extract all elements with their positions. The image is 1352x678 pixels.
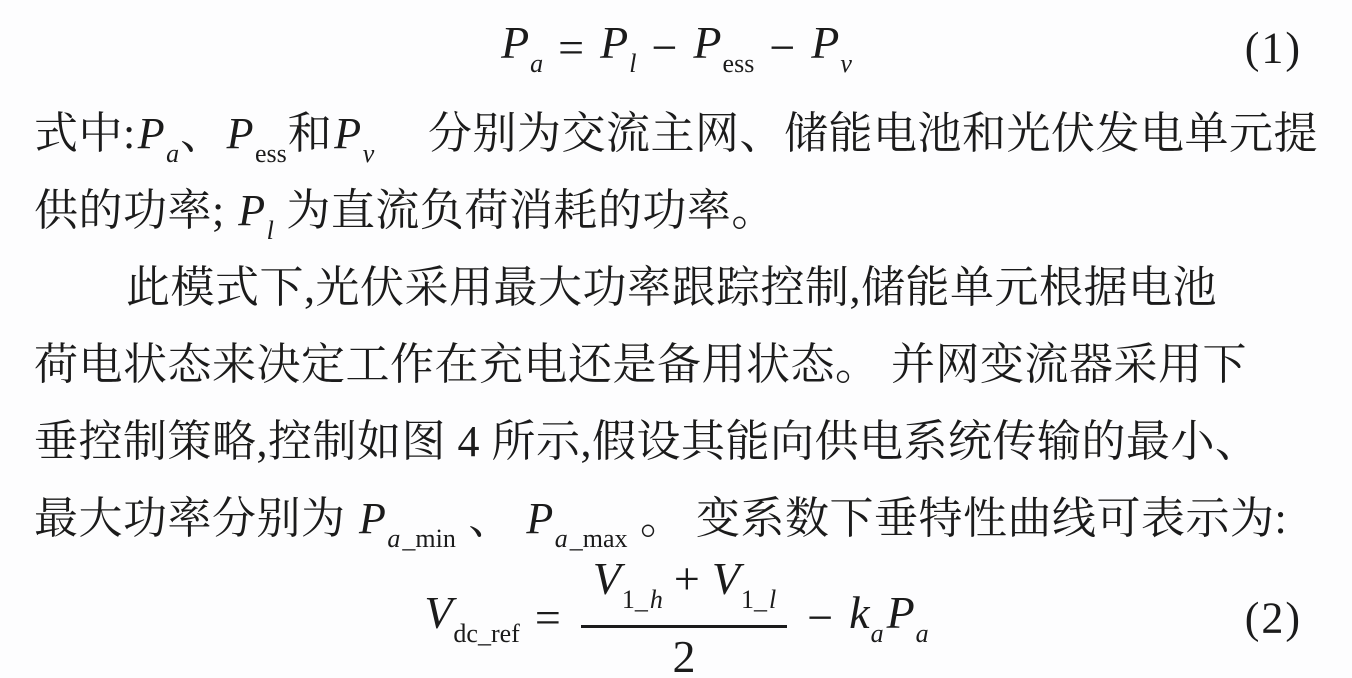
paragraph2-line1: 此模式下,光伏采用最大功率跟踪控制,储能单元根据电池 xyxy=(34,249,1318,326)
math-term-Pa-max: Pa_max xyxy=(524,494,628,543)
equation-1: Pa = Pl − Pess − Pv (1) xyxy=(0,0,1352,95)
paragraph2-line2: 荷电状态来决定工作在充电还是备用状态。 并网变流器采用下 xyxy=(34,326,1318,403)
math-term-Pa: Pa xyxy=(499,16,544,79)
minus-sign: − xyxy=(807,591,833,644)
equation-2-body: Vdc_ref = V1_h + V1_l 2 − ka Pa xyxy=(422,552,929,678)
equals-sign: = xyxy=(558,21,584,74)
text-segment: 。 变系数下垂特性曲线可表示为: xyxy=(640,494,1287,543)
math-term-Pl: Pl xyxy=(598,16,637,79)
equation-2: Vdc_ref = V1_h + V1_l 2 − ka Pa (2) xyxy=(0,557,1352,678)
justify-gap xyxy=(375,95,428,172)
equals-sign: = xyxy=(535,591,561,644)
fraction: V1_h + V1_l 2 xyxy=(581,552,787,678)
minus-sign: − xyxy=(769,21,795,74)
paragraph2-line4: 最大功率分别为 Pa_min 、 Pa_max 。 变系数下垂特性曲线可表示为: xyxy=(34,480,1318,557)
paragraph1-line2: 供的功率; Pl 为直流负荷消耗的功率。 xyxy=(34,172,1318,249)
text-segment: 供的功率; xyxy=(34,186,225,235)
paragraph1-line1: 式中: Pa 、 Pess 和 Pv 分别为交流主网、储能电池和光伏发电单元提 xyxy=(34,95,1318,172)
text-segment: 分别为交流主网、储能电池和光伏发电单元提 xyxy=(428,95,1318,172)
math-term-Pv: Pv xyxy=(332,95,375,172)
text-segment: 最大功率分别为 xyxy=(34,494,357,543)
fraction-denominator: 2 xyxy=(672,628,695,678)
document-page: Pa = Pl − Pess − Pv (1) 式中: Pa 、 Pess 和 … xyxy=(0,0,1352,678)
text-segment: 、 xyxy=(468,494,513,543)
math-term-ka: ka xyxy=(847,586,884,649)
plus-sign: + xyxy=(674,552,700,605)
math-term-Pa: Pa xyxy=(885,586,930,649)
equation-1-number: (1) xyxy=(1245,22,1302,73)
math-term-Pa-min: Pa_min xyxy=(357,494,457,543)
math-term-V1h: V1_h xyxy=(591,552,664,615)
equation-1-body: Pa = Pl − Pess − Pv xyxy=(499,16,853,79)
equation-2-number: (2) xyxy=(1245,592,1302,643)
math-term-Pess: Pess xyxy=(691,16,755,79)
math-term-V1l: V1_l xyxy=(710,552,777,615)
text-segment: 为直流负荷消耗的功率。 xyxy=(286,186,776,235)
math-term-Pl: Pl xyxy=(236,186,275,235)
text-segment: 式中: xyxy=(34,95,136,172)
math-term-Vdcref: Vdc_ref xyxy=(422,586,521,649)
fraction-numerator: V1_h + V1_l xyxy=(581,552,787,628)
math-term-Pv: Pv xyxy=(809,16,853,79)
math-term-Pa: Pa xyxy=(136,95,180,172)
text-segment: 、 xyxy=(180,95,225,172)
minus-sign: − xyxy=(651,21,677,74)
math-term-Pess: Pess xyxy=(225,95,288,172)
paragraph2-line3: 垂控制策略,控制如图 4 所示,假设其能向供电系统传输的最小、 xyxy=(34,403,1318,480)
text-segment: 和 xyxy=(288,95,333,172)
